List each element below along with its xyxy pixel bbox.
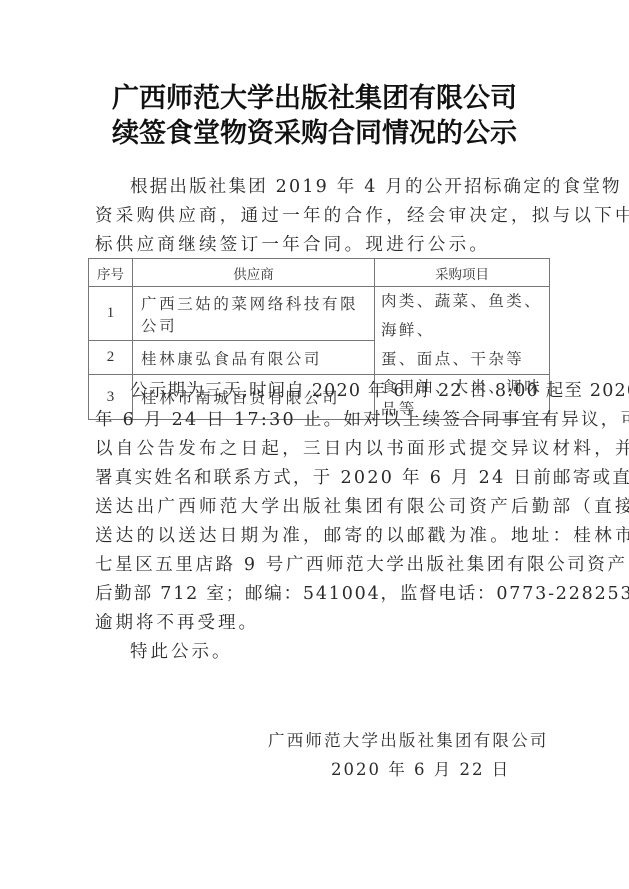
body-line: 后勤部 712 室；邮编：541004，监督电话：0773-2282536）。 — [95, 580, 629, 605]
row-supplier: 桂林康弘食品有限公司 — [133, 341, 375, 375]
row-supplier: 广西三姑的菜网络科技有限公司 — [133, 287, 375, 341]
body-line: 送达出广西师范大学出版社集团有限公司资产后勤部（直接 — [95, 493, 629, 518]
body-line: 年 6 月 24 日 17:30 止。如对以上续签合同事宜有异议，可 — [95, 406, 629, 431]
header-items: 采购项目 — [375, 259, 550, 287]
body-line: 逾期将不再受理。 — [95, 609, 259, 634]
row-number: 1 — [89, 287, 133, 341]
closing-line: 特此公示。 — [130, 638, 233, 663]
header-supplier: 供应商 — [133, 259, 375, 287]
intro-line: 资采购供应商，通过一年的合作，经会审决定，拟与以下中 — [95, 202, 629, 227]
body-line: 公示期为三天,时间自 2020 年 6 月 22 日 8:00 起至 2020 — [130, 377, 629, 402]
table-header-row: 序号 供应商 采购项目 — [89, 259, 550, 287]
body-line: 以自公告发布之日起，三日内以书面形式提交异议材料，并 — [95, 435, 629, 460]
items-line: 蛋、面点、干杂等 — [381, 345, 549, 374]
body-line: 七星区五里店路 9 号广西师范大学出版社集团有限公司资产 — [95, 551, 628, 576]
body-line: 送达的以送达日期为准，邮寄的以邮戳为准。地址：桂林市 — [95, 522, 629, 547]
intro-line: 根据出版社集团 2019 年 4 月的公开招标确定的食堂物 — [130, 173, 622, 198]
table-row: 1 广西三姑的菜网络科技有限公司 肉类、蔬菜、鱼类、海鲜、 蛋、面点、干杂等 — [89, 287, 550, 341]
items-line: 肉类、蔬菜、鱼类、海鲜、 — [381, 287, 549, 345]
intro-line: 标供应商继续签订一年合同。现进行公示。 — [95, 231, 490, 256]
header-number: 序号 — [89, 259, 133, 287]
row-number: 2 — [89, 341, 133, 375]
signature-org: 广西师范大学出版社集团有限公司 — [268, 727, 549, 751]
title-line-1: 广西师范大学出版社集团有限公司 — [0, 76, 629, 115]
title-line-2: 续签食堂物资采购合同情况的公示 — [0, 111, 629, 150]
body-line: 署真实姓名和联系方式，于 2020 年 6 月 24 日前邮寄或直接 — [95, 464, 629, 489]
row-items-merged: 肉类、蔬菜、鱼类、海鲜、 蛋、面点、干杂等 — [375, 287, 550, 375]
signature-date: 2020 年 6 月 22 日 — [331, 756, 510, 780]
